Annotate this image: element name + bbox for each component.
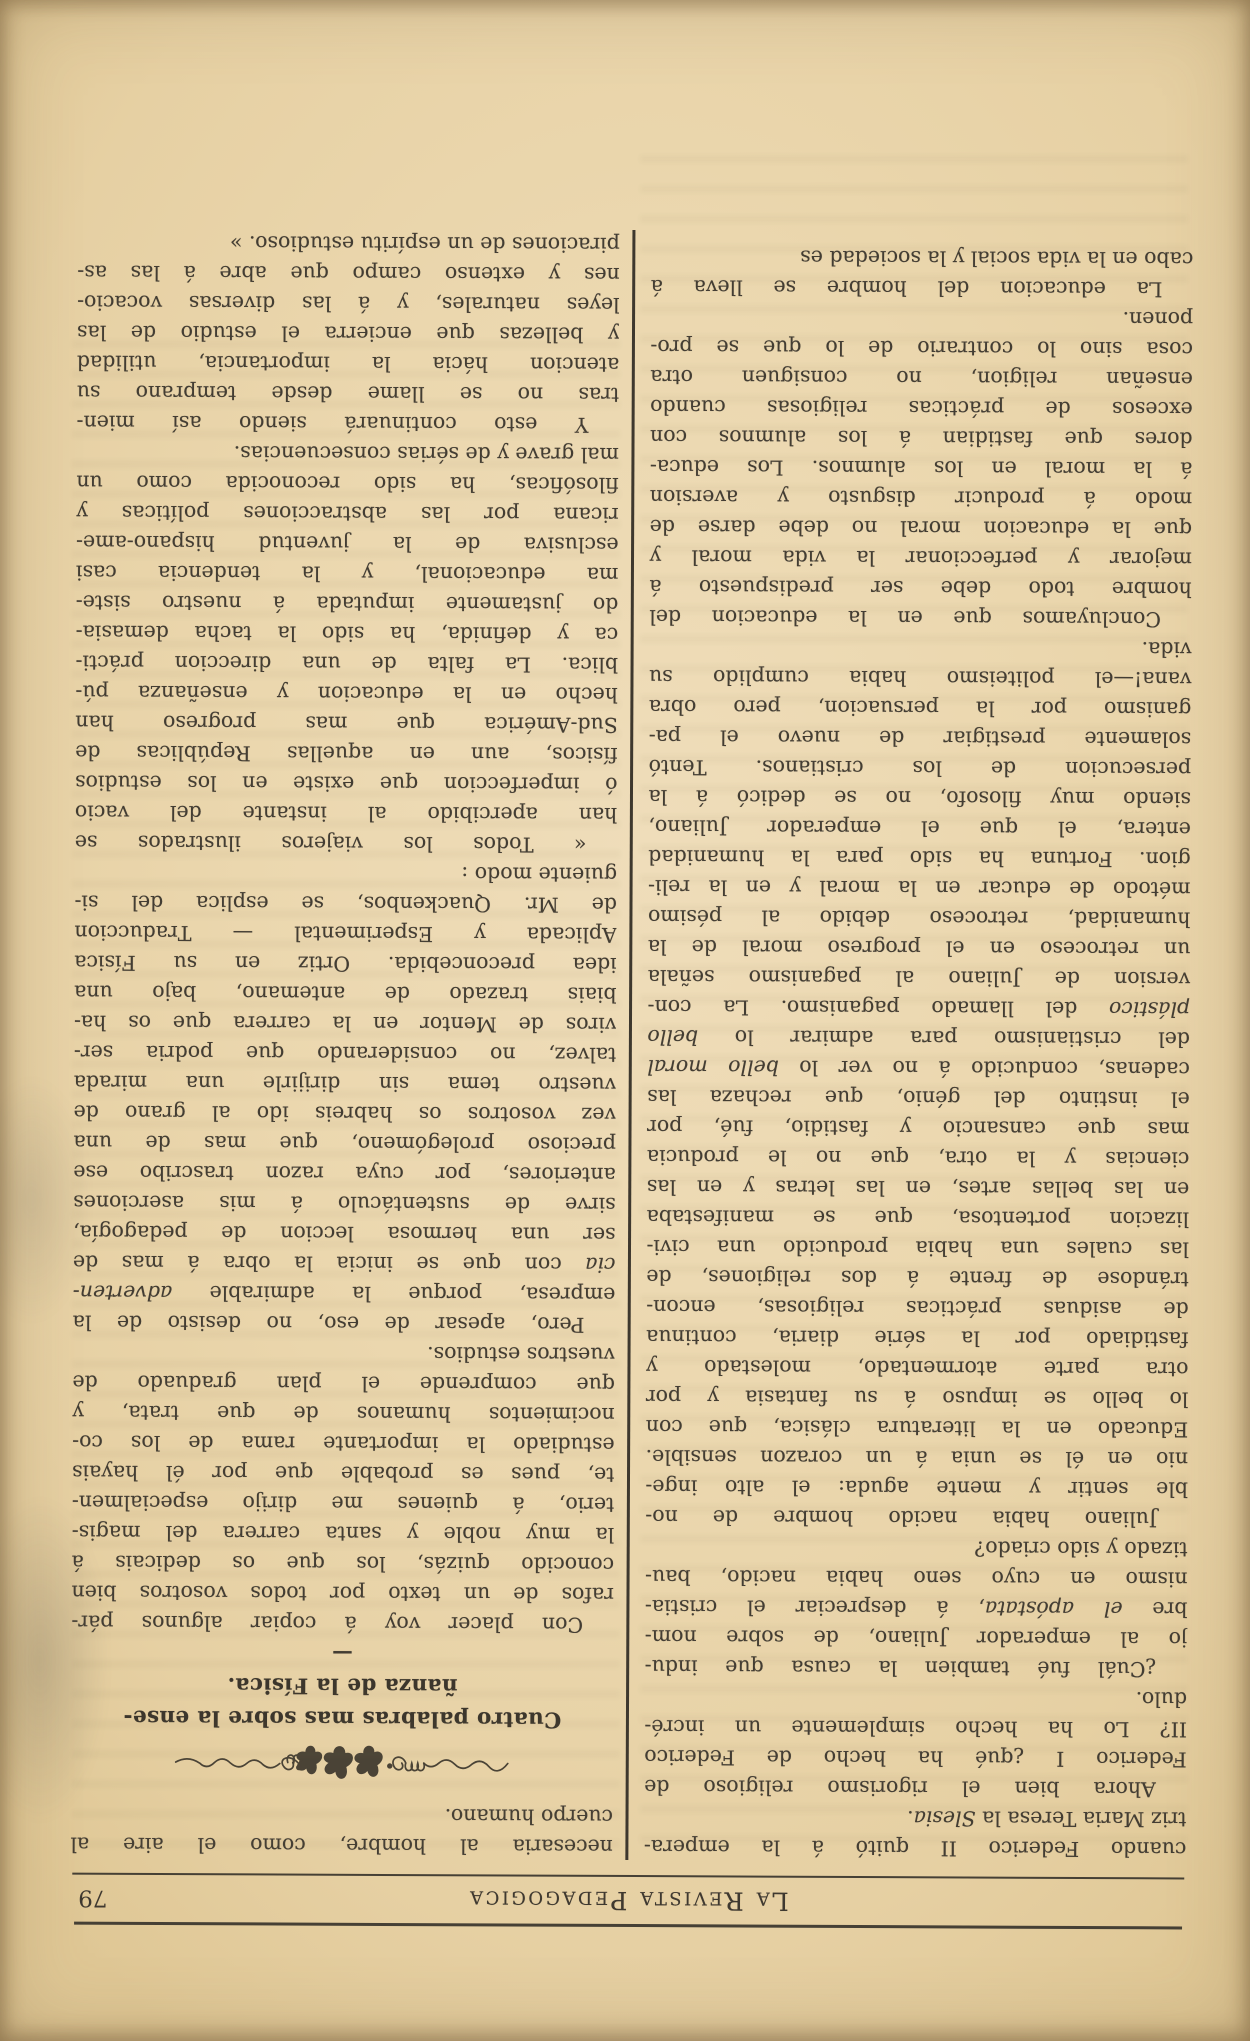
- paragraph: « Todos los viajeros ilustrados sehan ap…: [75, 438, 619, 860]
- text-line: ricana por las abstracciones políticas y: [76, 498, 619, 530]
- section-heading-line: Cuatro palabras mas sobre la ense-: [71, 1701, 614, 1736]
- text-line: Juliano habia nacido hombre de no-: [645, 1502, 1188, 1534]
- text-line: gion. Fortuna ha sido para la humanidad: [648, 842, 1191, 874]
- text-line: cabo en la vida social y la sociedad es: [651, 242, 1194, 274]
- text-line: idea preconcebida. Ortiz en su Física: [74, 948, 617, 980]
- text-line: la muy noble y santa carrera del magis-: [72, 1518, 615, 1550]
- text-line: dulo.: [644, 1682, 1187, 1714]
- text-line: nes y extenso campo que abre á las as-: [77, 258, 620, 290]
- text-line: cadenas, conducido á no ver lo bello mor…: [647, 1052, 1190, 1084]
- text-line: cosa sino lo contrario de lo que se pro-: [650, 332, 1193, 364]
- text-line: que comprende el plan graduado de: [72, 1368, 615, 1400]
- text-line: vida.: [649, 632, 1192, 664]
- text-line: Con placer voy á copiar algunos pár-: [71, 1608, 614, 1640]
- dash-separator: —: [71, 1638, 614, 1670]
- page-sheet: La Revista Pedagogica 79 cuando Federico…: [0, 0, 1250, 2041]
- text-line: mejorar y perfeccionar la vida moral y: [649, 542, 1192, 574]
- text-line: necesaria al hombre, como el aire al: [70, 1830, 613, 1862]
- text-line: ¿Cuál fué tambien la causa que indu-: [645, 1652, 1188, 1684]
- text-line: biais trazado de antemano, bajo una: [74, 978, 617, 1010]
- text-line: excesos de prácticas religiosas cuando: [650, 392, 1193, 424]
- text-line: cia con que se inicia la obra á mas de: [73, 1248, 616, 1280]
- text-line: y bellezas que encierra el estudio de la…: [77, 318, 620, 350]
- text-line: ó imperfeccion que existe en los estudio…: [75, 768, 618, 800]
- text-line: Ahora bien el rigorismo religioso de: [644, 1772, 1187, 1804]
- text-line: « Todos los viajeros ilustrados se: [75, 828, 618, 860]
- text-line: do justamente imputada á nuestro siste-: [76, 588, 619, 620]
- text-line: filosóficas, ha sido reconocida como un: [76, 468, 619, 500]
- text-line: Federico I ¿qué ha hecho de Federico: [644, 1742, 1187, 1774]
- text-line: nio en él se unia á un corazon sensible.: [646, 1442, 1189, 1474]
- text-line: Aplicada y Esperimental — Traduccion: [74, 918, 617, 950]
- page-number: 79: [78, 1885, 107, 1911]
- text-line: ble sentir y mente aguda: el alto inge-: [645, 1472, 1188, 1504]
- text-line: blica. La falta de una direccion prácti-: [75, 648, 618, 680]
- text-line: ganismo por la persuacion, pero obra: [649, 692, 1192, 724]
- floral-flourish-ornament: [71, 1738, 614, 1790]
- text-line: II? Lo ha hecho simplemente un incré-: [644, 1712, 1187, 1744]
- text-line: otra parte atormentado, molestado y: [646, 1352, 1189, 1384]
- text-line: La educacion del hombre se lleva á: [651, 272, 1194, 304]
- journal-title: La Revista Pedagogica: [467, 1885, 788, 1915]
- text-line: tizado y sido criado?: [645, 1532, 1188, 1564]
- paragraph: Concluyamos que en la educacion delhombr…: [649, 302, 1193, 634]
- text-line: de Mr. Quackenbos, se esplica del si-: [74, 888, 617, 920]
- text-line: bre el apóstata, á despreciar el cristia…: [645, 1592, 1188, 1624]
- text-line: persecucion de los cristianos. Tentó: [649, 752, 1192, 784]
- text-line: ca y definida, ha sido la tacha demasia-: [76, 618, 619, 650]
- text-line: terio, á quienes me dirijo especialmen-: [72, 1488, 615, 1520]
- text-line: guiente modo :: [75, 858, 618, 890]
- text-line: ponen.: [651, 302, 1194, 334]
- text-line: siendo muy filosofo, no se dedicó á la: [648, 782, 1191, 814]
- text-line: ma educacional, y la tendencia casi: [76, 558, 619, 590]
- text-line: mas que cansancio y fastidio, fué, por: [647, 1112, 1190, 1144]
- text-line: hombre todo debe ser predispuesto á: [649, 572, 1192, 604]
- text-line: que la educacion moral no debe darse de: [650, 512, 1193, 544]
- text-line: trándose de frente á dos religiones, de: [646, 1262, 1189, 1294]
- paragraph: Juliano habia nacido hombre de no-ble se…: [645, 632, 1191, 1534]
- text-line: de asiduas prácticas religiosas, encon-: [646, 1292, 1189, 1324]
- text-line: físicos, aun en aquellas Repúblicas de: [75, 738, 618, 770]
- text-line: fastidiado por la série diaria, continua: [646, 1322, 1189, 1354]
- text-line: á la moral en los alumnos. Los educa-: [650, 452, 1193, 484]
- text-line: en las bellas artes, en las letras y en …: [647, 1172, 1190, 1204]
- text-line: un retroceso en el progreso moral de la: [648, 932, 1191, 964]
- paragraph: La educacion del hombre se lleva ácabo e…: [651, 242, 1194, 304]
- text-line: lo bello se impuso á su fantasia y por: [646, 1382, 1189, 1414]
- text-columns: cuando Federico II quitó á la empera-tri…: [70, 228, 1193, 1865]
- text-line: Y esto continuará siendo así mien-: [77, 408, 620, 440]
- text-line: ciencias y la otra, que no le producia: [647, 1142, 1190, 1174]
- text-line: cuerpo humano.: [70, 1800, 613, 1832]
- text-line: cuando Federico II quitó á la empera-: [644, 1832, 1187, 1864]
- paragraph: cuando Federico II quitó á la empera-tri…: [644, 1802, 1187, 1864]
- paragraph: Ahora bien el rigorismo religioso deFede…: [644, 1682, 1187, 1804]
- text-line: enseñan religion, no consiguen otra: [650, 362, 1193, 394]
- text-line: vez vosotros os habreis ido al grano de: [74, 1098, 617, 1130]
- paragraph: Con placer voy á copiar algunos pár-rafo…: [71, 1338, 615, 1640]
- scanned-page: La Revista Pedagogica 79 cuando Federico…: [0, 0, 1250, 2041]
- text-line: anteriores, por cuya razon trascribo ese: [73, 1158, 616, 1190]
- text-line: Concluyamos que en la educacion del: [649, 602, 1192, 634]
- text-line: solamente prestigiar de nuevo el pa-: [649, 722, 1192, 754]
- text-line: han apercibido al instante del vacio: [75, 798, 618, 830]
- text-line: método de educar en la moral y en la rel…: [648, 872, 1191, 904]
- text-line: el instinto del génio, que rechaza las: [647, 1082, 1190, 1114]
- paragraph: ¿Cuál fué tambien la causa que indu-jo a…: [645, 1532, 1188, 1684]
- text-line: talvez, no considerando que podria ser-: [74, 1038, 617, 1070]
- text-line: vana!—el politeismo habia cumplido su: [649, 662, 1192, 694]
- section-heading-line: ñanza de la Física.: [71, 1668, 614, 1703]
- text-line: hecho en la educacion y enseñanza pú-: [75, 678, 618, 710]
- text-line: lizacion portentosa, que se manifestaba: [647, 1202, 1190, 1234]
- text-line: plástico del llamado paganismo. La con-: [647, 992, 1190, 1024]
- text-line: precioso prolegómeno, que mas de una: [73, 1128, 616, 1160]
- text-line: jo al emperador Juliano, de sobre nom-: [645, 1622, 1188, 1654]
- text-line: Pero, apesar de eso, no desisto de la: [73, 1308, 616, 1340]
- text-line: piraciones de un espíritu estudioso. »: [77, 228, 620, 260]
- running-head: La Revista Pedagogica 79: [70, 1873, 1186, 1930]
- text-line: del cristianismo para admirar lo bello: [647, 1022, 1190, 1054]
- paragraph: necesaria al hombre, como el aire alcuer…: [70, 1800, 613, 1862]
- text-line: estudiado la importante rama de los co-: [72, 1428, 615, 1460]
- text-line: dores que fastidian á los alumnos con: [650, 422, 1193, 454]
- paragraph: Y esto continuará siendo así mien-tras n…: [77, 228, 620, 440]
- text-line: sirve de sustentáculo á mis aserciones: [73, 1188, 616, 1220]
- text-line: conocido quizás, los que os dedicais á: [72, 1548, 615, 1580]
- text-line: vuestros estudios.: [72, 1338, 615, 1370]
- text-line: entera, el que el emperador Juliano,: [648, 812, 1191, 844]
- text-line: te, pues es probable que por él hayais: [72, 1458, 615, 1490]
- text-line: rafos de un texto por todos vosotros bie…: [71, 1578, 614, 1610]
- column-left: cuando Federico II quitó á la empera-tri…: [644, 230, 1194, 1864]
- paragraph: Pero, apesar de eso, no desisto de laemp…: [73, 858, 618, 1340]
- text-line: triz Maria Teresa la Slesia.: [644, 1802, 1187, 1834]
- text-line: leyes naturales, y á las diversas vocaci…: [77, 288, 620, 320]
- text-line: Sud-América que mas progreso han: [75, 708, 618, 740]
- text-line: atencion hácia la importancia, utilidad: [77, 348, 620, 380]
- text-line: esclusiva de la juventud hispano-ame-: [76, 528, 619, 560]
- text-line: ser una hermosa leccion de pedagogía,: [73, 1218, 616, 1250]
- text-line: humanidad, retroceso debido al pésimo: [648, 902, 1191, 934]
- section-heading: Cuatro palabras mas sobre la ense-ñanza …: [71, 1668, 614, 1736]
- column-right: necesaria al hombre, como el aire alcuer…: [70, 228, 620, 1862]
- text-line: nismo en cuyo seno habia nacido, bau-: [645, 1562, 1188, 1594]
- text-line: viros de Mentor en la carrera que os ha-: [74, 1008, 617, 1040]
- text-line: tras no se llame desde temprano su: [77, 378, 620, 410]
- text-line: mal grave y de sérias consecuencias.: [76, 438, 619, 470]
- column-divider: [626, 230, 636, 1860]
- text-line: version de Juliano al paganismo señala: [648, 962, 1191, 994]
- text-line: Educado en la literatura clásica, que co…: [646, 1412, 1189, 1444]
- text-line: modo á producir disgusto y aversion: [650, 482, 1193, 514]
- text-line: empresa, porque la admirable adverten-: [73, 1278, 616, 1310]
- text-line: las cuales una habia producido una civi-: [646, 1232, 1189, 1264]
- text-line: nocimientos humanos de que trata, y: [72, 1398, 615, 1430]
- text-line: vuestro tema sin dirijirle una mirada: [74, 1068, 617, 1100]
